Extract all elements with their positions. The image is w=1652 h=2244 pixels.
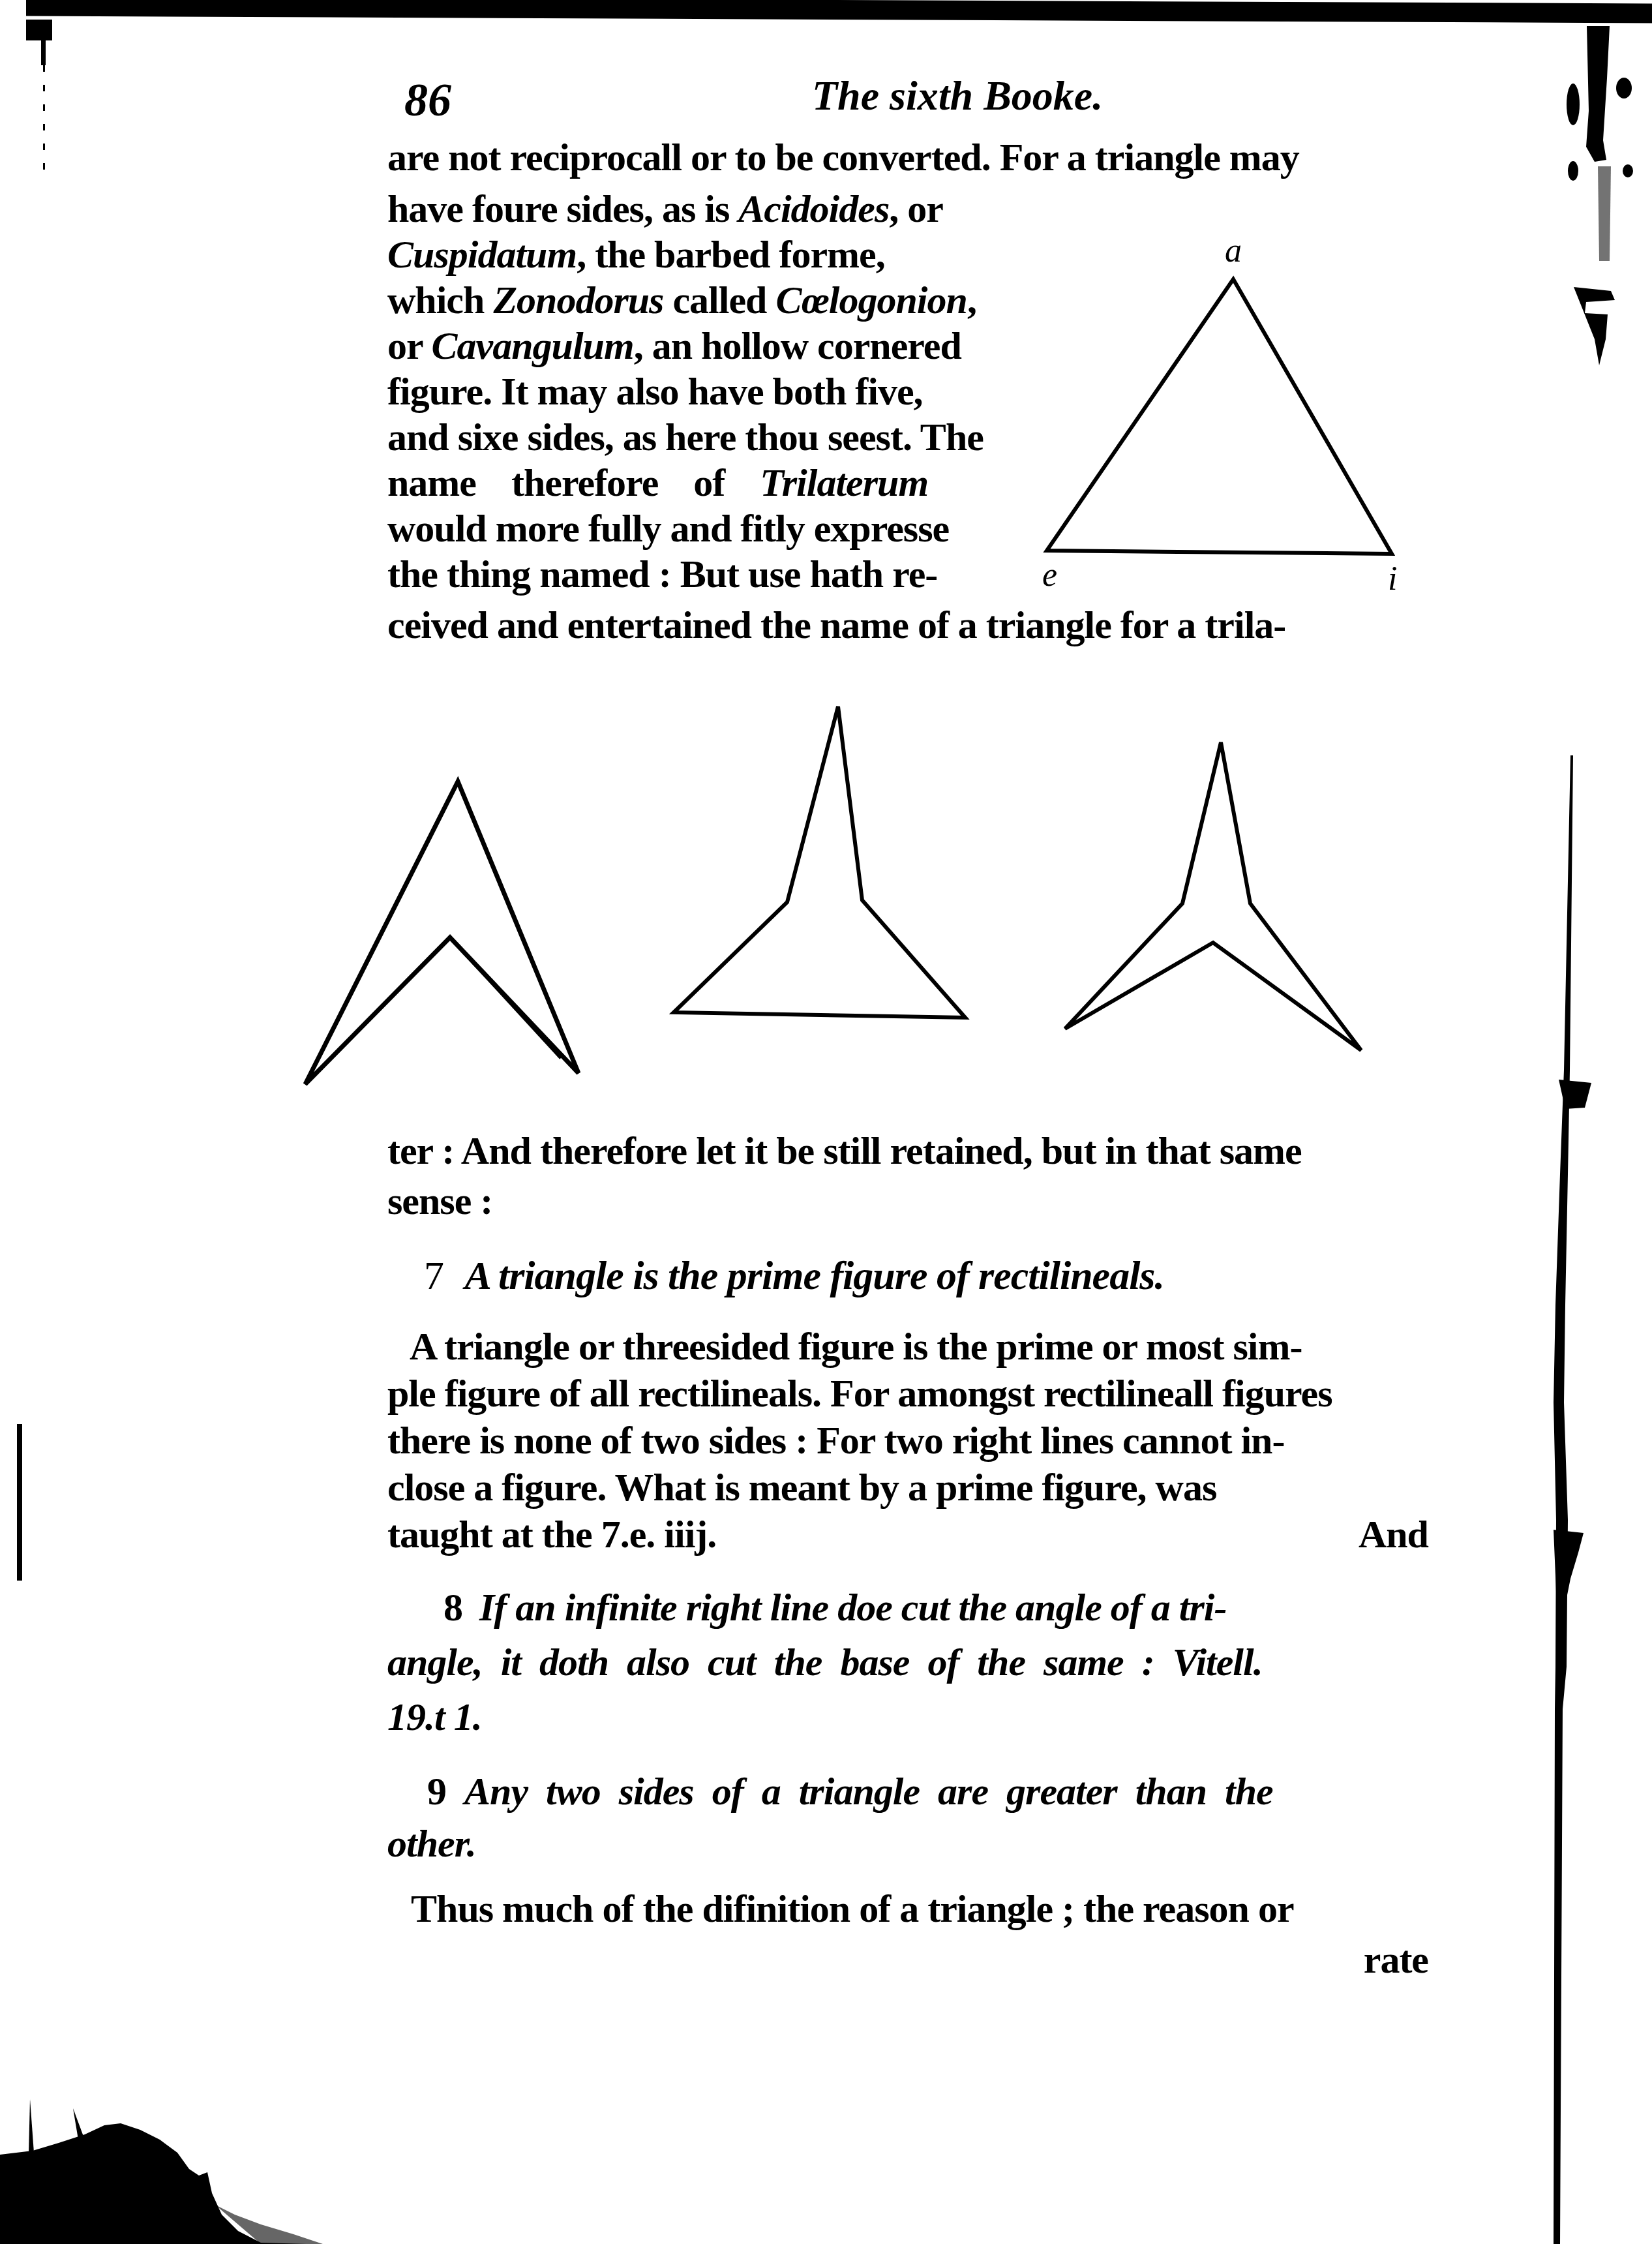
proposition-number: 9 [427, 1770, 446, 1813]
pentagon-spike-figure [674, 706, 965, 1018]
proposition-text: Any two sides of a triangle are greater … [464, 1770, 1273, 1813]
text-line: close a figure. What is meant by a prime… [387, 1464, 1216, 1511]
catchword-and: And [1330, 1511, 1428, 1558]
closing-line: Thus much of the difinition of a triangl… [411, 1885, 1294, 1932]
proposition-number: 7 [424, 1254, 443, 1298]
text-line: A triangle or threesided figure is the p… [410, 1323, 1302, 1370]
catchword: rate [1330, 1936, 1428, 1983]
proposition-text: A triangle is the prime figure of rectil… [465, 1254, 1164, 1298]
proposition-7: 7 A triangle is the prime figure of rect… [424, 1252, 1164, 1299]
proposition-8-line: angle, it doth also cut the base of the … [387, 1639, 1263, 1686]
text-line: there is none of two sides : For two rig… [387, 1417, 1284, 1464]
text-line: taught at the 7.e. iiij. [387, 1511, 716, 1558]
text-line: ter : And therefore let it be still reta… [387, 1127, 1302, 1174]
proposition-8: 8 If an infinite right line doe cut the … [443, 1584, 1226, 1631]
barbed-figure [305, 781, 578, 1084]
proposition-9-line: other. [387, 1820, 476, 1867]
proposition-8-line: 19.t 1. [387, 1693, 482, 1740]
text-line: sense : [387, 1177, 492, 1224]
proposition-number: 8 [443, 1586, 462, 1629]
proposition-9: 9 Any two sides of a triangle are greate… [427, 1768, 1273, 1815]
text-line: ple figure of all rectilineals. For amon… [387, 1370, 1332, 1417]
hexagon-star-figure [1065, 742, 1361, 1050]
proposition-text: If an infinite right line doe cut the an… [479, 1586, 1226, 1629]
